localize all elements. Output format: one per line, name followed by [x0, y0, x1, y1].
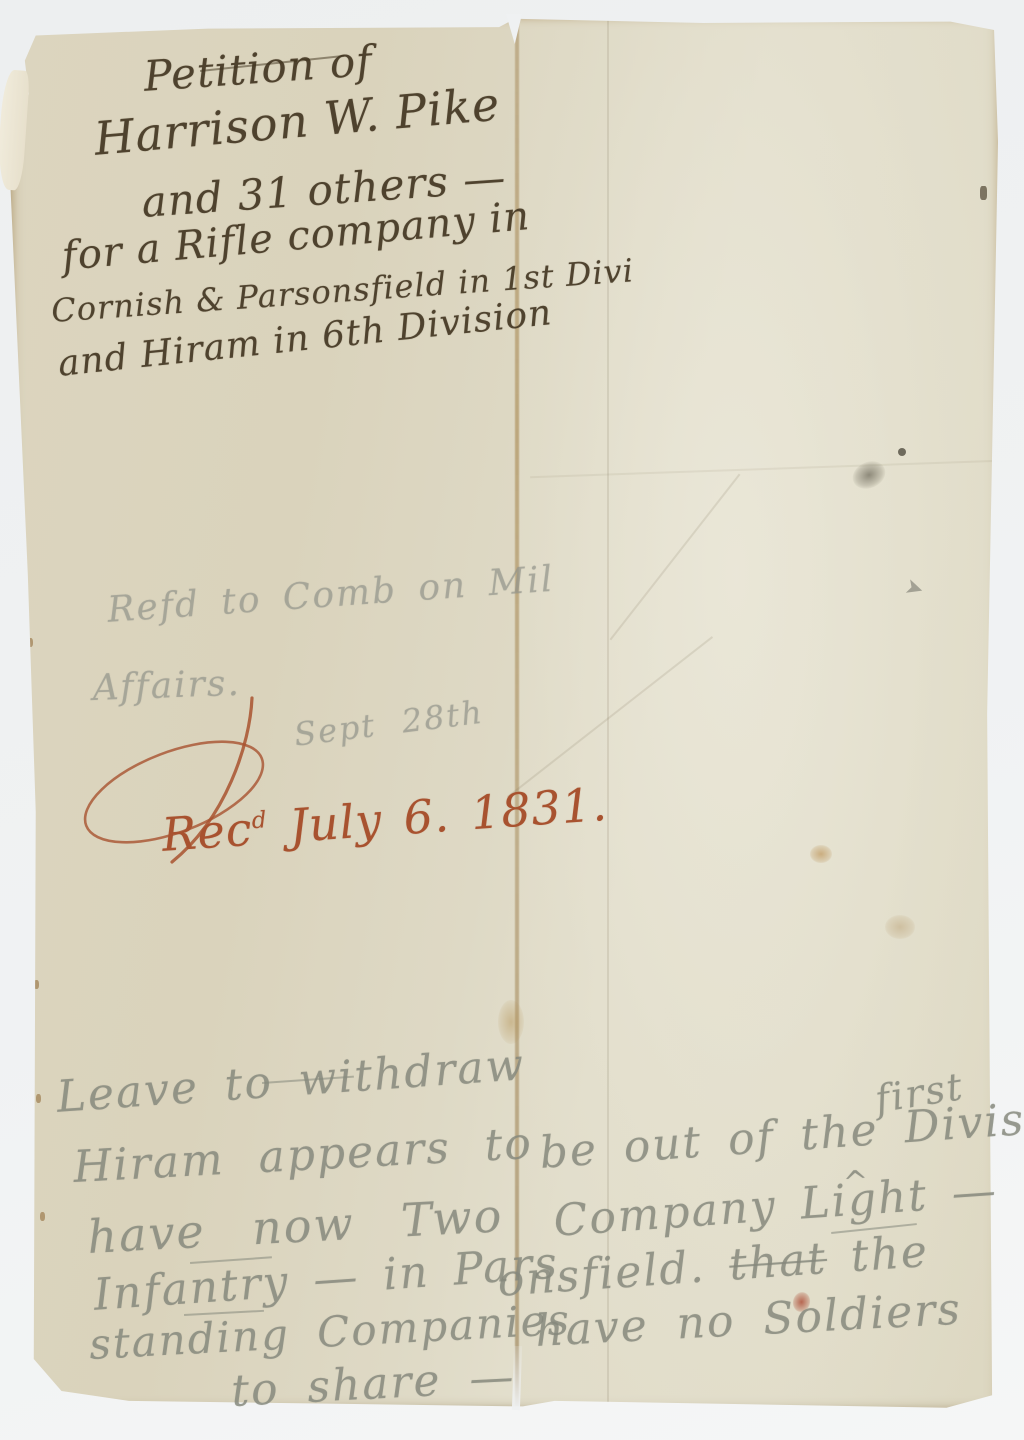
stitch-hole [40, 1212, 45, 1221]
document-scan: ➤ Petition of Harrison W. Pike and 31 ot… [0, 0, 1024, 1440]
horizontal-crease [530, 460, 1000, 478]
stitch-hole [36, 1094, 41, 1103]
diagonal-crease [507, 636, 713, 798]
stitch-hole [34, 980, 39, 989]
diagonal-crease [610, 474, 741, 641]
stitch-hole [28, 638, 33, 647]
stitch-hole [30, 796, 35, 805]
received-stamp: Recd July 6. 1831. [78, 692, 518, 882]
received-prefix: Rec [160, 802, 254, 862]
note-the-word: the [825, 1226, 930, 1284]
note-struck-word: that [727, 1233, 828, 1291]
